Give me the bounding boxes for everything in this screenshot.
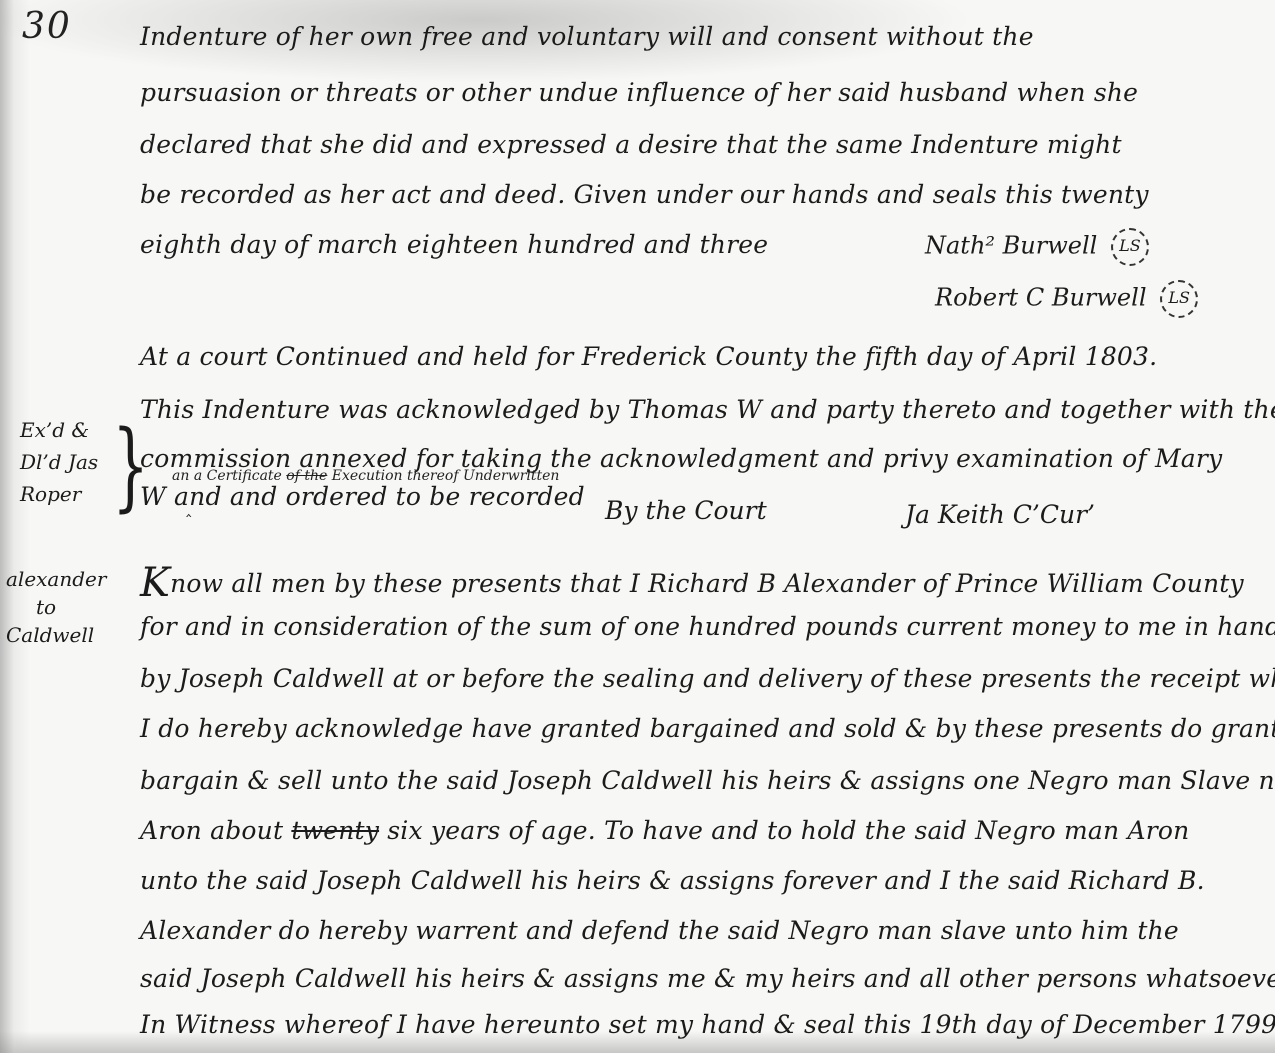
page-number: 30	[22, 6, 72, 47]
insertion-caret-icon: ‸	[186, 498, 191, 517]
signature-name: Nath² Burwell	[925, 232, 1097, 260]
deed1-line-4: be recorded as her act and deed. Given u…	[140, 180, 1149, 209]
scanned-deed-page: 30 Indenture of her own free and volunta…	[0, 0, 1275, 1053]
court-line-4-prefix: W and	[140, 482, 222, 511]
deed2-line-1-text: now all men by these presents that I Ric…	[170, 569, 1244, 598]
deed2-line-7: unto the said Joseph Caldwell his heirs …	[140, 866, 1205, 895]
margin-title-alexander-to-caldwell: alexander to Caldwell	[6, 565, 106, 649]
deed2-line-9: said Joseph Caldwell his heirs & assigns…	[140, 964, 1275, 993]
margin-title-line: to	[6, 593, 106, 621]
deed1-line-3: declared that she did and expressed a de…	[140, 130, 1122, 159]
signature-nath-burwell: Nath² Burwell LS	[925, 228, 1149, 266]
struck-word: twenty	[291, 816, 379, 845]
insertion-part: Execution thereof Underwritten	[327, 468, 559, 484]
margin-title-line: Caldwell	[6, 621, 106, 649]
deed2-line-6-after: six years of age. To have and to hold th…	[379, 816, 1189, 845]
insertion-part: an a Certificate	[172, 468, 286, 484]
seal-icon: LS	[1160, 280, 1198, 318]
deed2-line-6-before: Aron about	[140, 816, 291, 845]
deed2-line-5: bargain & sell unto the said Joseph Cald…	[140, 766, 1275, 795]
deed1-line-1: Indenture of her own free and voluntary …	[140, 22, 1034, 51]
decorative-initial: K	[140, 560, 170, 606]
margin-title-line: alexander	[6, 565, 106, 593]
margin-note-line: Dl’d Jas	[20, 446, 98, 478]
curly-brace-icon: }	[112, 418, 149, 514]
court-line-4-suffix: and ordered to be recorded	[230, 482, 585, 511]
deed2-line-4: I do hereby acknowledge have granted bar…	[140, 714, 1275, 743]
margin-note-line: Ex’d &	[20, 414, 98, 446]
deed2-line-1: Know all men by these presents that I Ri…	[140, 560, 1244, 606]
deed2-line-3: by Joseph Caldwell at or before the seal…	[140, 664, 1275, 693]
deed2-line-8: Alexander do hereby warrent and defend t…	[140, 916, 1179, 945]
interlinear-insertion: an a Certificate of the Execution thereo…	[172, 468, 559, 484]
clerk-signature: Ja Keith C’Cur’	[905, 500, 1095, 529]
insertion-struck-part: of the	[286, 468, 327, 484]
margin-note-line: Roper	[20, 478, 98, 510]
seal-icon: LS	[1111, 228, 1149, 266]
deed2-line-10: In Witness whereof I have hereunto set m…	[140, 1010, 1275, 1039]
signature-name: Robert C Burwell	[935, 284, 1147, 312]
deed2-line-2: for and in consideration of the sum of o…	[140, 612, 1275, 641]
deed1-line-2: pursuasion or threats or other undue inf…	[140, 78, 1138, 107]
court-line-1: At a court Continued and held for Freder…	[140, 342, 1157, 371]
court-line-2: This Indenture was acknowledged by Thoma…	[140, 395, 1275, 424]
deed1-line-5: eighth day of march eighteen hundred and…	[140, 230, 768, 259]
deed2-line-6: Aron about twenty six years of age. To h…	[140, 816, 1189, 845]
by-the-court: By the Court	[605, 496, 767, 525]
court-line-4: W and and ordered to be recorded	[140, 482, 585, 511]
margin-note-delivered: Ex’d & Dl’d Jas Roper	[20, 414, 98, 510]
signature-robert-burwell: Robert C Burwell LS	[935, 280, 1198, 318]
